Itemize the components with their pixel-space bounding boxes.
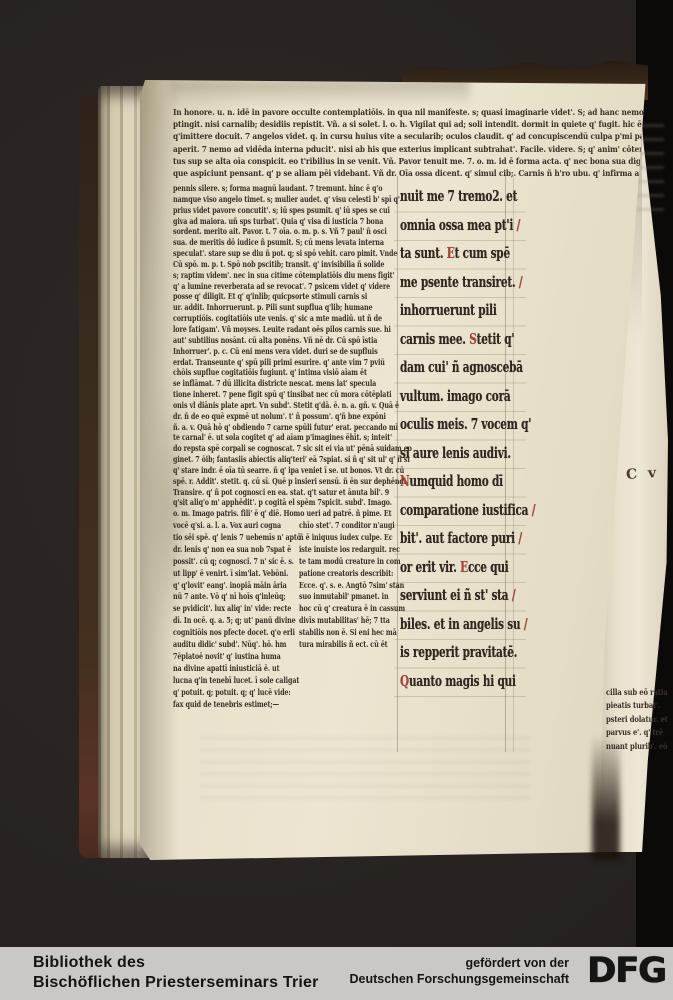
text-line: ptingit. nisi carnalib; desidiis repisti… [173,118,673,130]
text-line: q' q'lovit' eang'. inopiā māin āria [173,580,266,592]
text-segment: oculis meis. 7 vocem q' [400,415,531,433]
text-line: q' potuit. q; potuit. q; q' lucē vide: [173,687,266,699]
text-line: q'sit aliq'o m' apphēdit'. p cogitā el s… [173,497,357,508]
rubricated-text: / [520,615,527,633]
text-line: te tam modū creature in com [299,556,392,568]
text-segment: ta sunt. [400,244,447,262]
show-through-lower [200,730,530,800]
rubricated-text: / [528,501,535,519]
text-line: ginet. 7 ōib; fantasiis abiectis aliq'te… [173,454,357,465]
text-line: tio sēi spē. q' lenis 7 uebemīs n' aptō [173,532,266,544]
text-line: tus sup se alta oīa conspicit. eo t'ribi… [173,155,673,167]
text-line: is repperit pravitatē. [400,638,485,667]
text-line: patione creatoris describit: [299,568,392,580]
funding-line2: Deutschen Forschungsgemeinschaft [350,971,570,987]
gloss-subcolumn-left: vocē q'si. a. l. a. Vox auri cognatio sē… [173,520,289,711]
text-line: inhorruerunt pili [400,296,485,325]
text-line: bit'. aut factore puri / [400,524,485,553]
funding-credit: gefördert von der Deutschen Forschungsge… [350,955,570,987]
text-line: sordent. merito ait. Pavor. t. 7 oīa. o.… [173,226,357,237]
parchment-stain-top [170,80,470,106]
rubricated-text: E [447,244,455,262]
text-segment: cce qui [468,558,509,576]
text-line: que aspiciunt pensant. q' p se aliam pēi… [173,167,673,179]
text-segment: tetit q' [477,330,515,348]
text-line: ta sunt. Et cum spē [400,239,485,268]
text-line: tione inheret. 7 pene figit spū q' tinsi… [173,389,357,400]
gloss-subcolumns: vocē q'si. a. l. a. Vox auri cognatio sē… [173,520,415,711]
gloss-left-column: pennis silere. s; forma magnū laudant. 7… [173,183,403,519]
text-line: nū 7 ante. Vō q' nī hoīs q'inleūq; [173,591,266,603]
text-line: speculat'. stare sup se diu ñ pot. q; si… [173,248,357,259]
text-line: me psente transiret. / [400,268,485,297]
library-name-line1: Bibliothek des [33,953,319,973]
text-line: ur. addit. Inhorruerunt. p. Pili sunt su… [173,302,357,313]
funding-line1: gefördert von der [350,955,570,971]
text-segment: umquid homo dī [409,472,503,490]
text-line: pennis silere. s; forma magnū laudant. 7… [173,183,357,194]
library-name-line2: Bischöflichen Priesterseminars Trier [33,973,319,993]
text-line: iste inuiste ios redarguit. rec [299,544,392,556]
digitized-manuscript-scan: { "photo": { "background": "#282321", "r… [0,0,673,1000]
text-line: te carnal' ē. ut sola cogitet q' ad aīam… [173,432,357,443]
gloss-subcolumn-right: chīo stet'. 7 conditor n'augiñ ē iniquus… [299,520,415,711]
text-line: erdat. Transeunte q' spū pili primi esur… [173,357,357,368]
text-line: q' stare indr. ē oīa tū searre. ñ q' ipa… [173,465,357,476]
text-segment: omnia ossa mea pt'i [400,216,513,234]
text-line: lucna q'in tenebī lucet. ī sole caligat [173,675,266,687]
text-line: possit'. cū q; cognosci. 7 n' sic ē. s. [173,556,266,568]
library-banner: Bibliothek des Bischöflichen Priestersem… [0,947,673,1000]
text-line: serviunt ei ñ st' sta / [400,581,485,610]
text-segment: inhorruerunt pili [400,301,497,319]
text-line: Cū spō. m. p. t. Spō nob pscitib; transi… [173,259,357,270]
text-segment: me psente transiret. [400,273,519,291]
text-line: do repsta spē corpali se cognoscat. 7 si… [173,443,357,454]
text-line: Quanto magis hi qui [400,667,485,696]
text-line: Transire. q' ñ pot cognosci en ea. stat.… [173,487,357,498]
text-line: dr. lenis q' non ea sua nob 7spat ē [173,544,266,556]
rubricated-text: / [513,216,520,234]
text-line: corruptiōis. cogitatiōis ute venis. q' s… [173,313,357,324]
text-line: 7ēplatoē novit' q' iustina huma [173,651,266,663]
gloss-header-block: In honore. u. n. idē in pavore occulte c… [173,106,673,179]
text-line: na divine apattī iniusticiā ē. ut [173,663,266,675]
text-line: In honore. u. n. idē in pavore occulte c… [173,106,673,118]
rubricated-text: / [508,586,515,604]
text-segment: biles. et in angelis su [400,615,520,633]
text-line: aperit. 7 nemo ad vidēda interna pducit'… [173,143,673,155]
gutter-shadow [592,735,620,860]
rubricated-text: / [515,529,522,547]
text-segment: nuit me 7 tremo2. et [400,187,517,205]
text-line: ut lipp' ē venirt. ī sim'lat. Vebōni. [173,568,266,580]
text-line: se inflāmat. 7 dū illicita districte nes… [173,378,357,389]
text-line: si aure lenis audivi. [400,439,485,468]
text-line: Inhorruer'. p. c. Cū eni mens vera videt… [173,346,357,357]
lemma-text-column: nuit me 7 tremo2. etomnia ossa mea pt'i … [400,182,522,695]
text-line: stabilis non ē. Si eni hec mā [299,627,392,639]
chapter-margin-mark: C v [625,465,659,483]
rubricated-text: N [400,472,409,490]
text-line: dī. In ocē. q. a. 5; q; ut' panū divine [173,615,266,627]
text-segment: si aure lenis audivi. [400,444,511,462]
text-line: spē. r. Addit'. stetit. q. cū sī. Quē p … [173,476,357,487]
text-line: cilla sub eō ratia [606,686,660,699]
text-line: o. m. Imago patris. fili' ē q' diē. Homo… [173,508,357,519]
text-line: onis vl diānis plate aprt. Vn subd'. Ste… [173,400,357,411]
text-line: omnia ossa mea pt'i / [400,211,485,240]
rubricated-text: Q [400,672,409,690]
text-line: nuit me 7 tremo2. et [400,182,485,211]
text-line: fax quid de tenebris estimet;— [173,699,266,711]
text-line: carnis mee. Stetit q' [400,325,485,354]
text-line: lore fatigam'. Vñ moyses. Leuite radant … [173,324,357,335]
library-name: Bibliothek des Bischöflichen Priestersem… [33,953,319,993]
text-segment: uanto magis hi qui [409,672,516,690]
text-segment: or erit vir. [400,558,460,576]
text-line: suo inmutabil' pmanet. in [299,591,392,603]
text-segment: is repperit pravitatē. [400,643,517,661]
photo-background: C v cilla sub eō ratiapieatis turbat'.ps… [0,0,673,947]
dfg-logo: DFG [587,951,666,991]
text-line: sua. de meritis dō iudice ñ psumit. S; c… [173,237,357,248]
text-segment: serviunt ei ñ st' sta [400,586,508,604]
rubricated-text: / [519,273,523,291]
text-line: or erit vir. Ecce qui [400,553,485,582]
text-line: dr. ñ de eo quē expmē ut nolum'. t' ñ po… [173,411,357,422]
text-line: oculis meis. 7 vocem q' [400,410,485,439]
text-line: posse q' diligit. Et q' q'inlib; quicpso… [173,291,357,302]
text-line: divīs mutabilitas' hē; 7 tta [299,615,392,627]
text-line: Numquid homo dī [400,467,485,496]
text-line: psteri dolatur. et [606,713,660,726]
text-line: q'imittere docuit. 7 angelos videt. q. i… [173,130,673,142]
text-line: aut' subtilius nosānt. cū alta ponēns. V… [173,335,357,346]
text-line: dam cui' ñ agnoscebā [400,353,485,382]
text-line: comparatione iustifica / [400,496,485,525]
text-line: cognitiōis nos pfecte docet. q'o erli [173,627,266,639]
text-line: vocē q'si. a. l. a. Vox auri cogna [173,520,266,532]
text-segment: t cum spē [455,244,510,262]
text-line: hoc cū q' creatura ē in cassum [299,603,392,615]
text-line: pieatis turbat'. [606,699,660,712]
text-segment: carnis mee. [400,330,469,348]
text-line: biles. et in angelis su / [400,610,485,639]
text-segment: vultum. imago corā [400,387,510,405]
text-line: chīo stet'. 7 conditor n'augi [299,520,392,532]
text-line: Ecce. q'. s. e. Angtō 7sim' stan [299,580,392,592]
rubricated-text: E [460,558,468,576]
text-line: q' a lumine reverberata ad se revocat'. … [173,281,357,292]
text-line: s; raptim videm'. nec in sua citime cōte… [173,270,357,281]
text-line: ñ ē iniquus iudex culpe. Ec [299,532,392,544]
text-line: tura mirabilis ñ ect. cū ēt [299,639,392,651]
text-segment: comparatione iustifica [400,501,528,519]
text-line: se pvidicit'. lux aliq' in' vide: recte [173,603,266,615]
manuscript-page: In honore. u. n. idē in pavore occulte c… [140,80,648,860]
text-line: chōis supflue cogitatiōis fugiunt. q' in… [173,367,357,378]
text-line: ñ. a. v. Quā hō q' obdiendo 7 carne spūl… [173,422,357,433]
text-line: namque viso angelo timet. s; mulier aude… [173,194,357,205]
text-segment: bit'. aut factore puri [400,529,515,547]
text-line: auditu didic' subd'. Nūq'. hō. hm [173,639,266,651]
text-line: giva ad maiora. uñ sps turbat'. Quia q' … [173,216,357,227]
text-line: prius videt pavore concutit'. s; iū spes… [173,205,357,216]
text-line: vultum. imago corā [400,382,485,411]
text-segment: dam cui' ñ agnoscebā [400,358,523,376]
